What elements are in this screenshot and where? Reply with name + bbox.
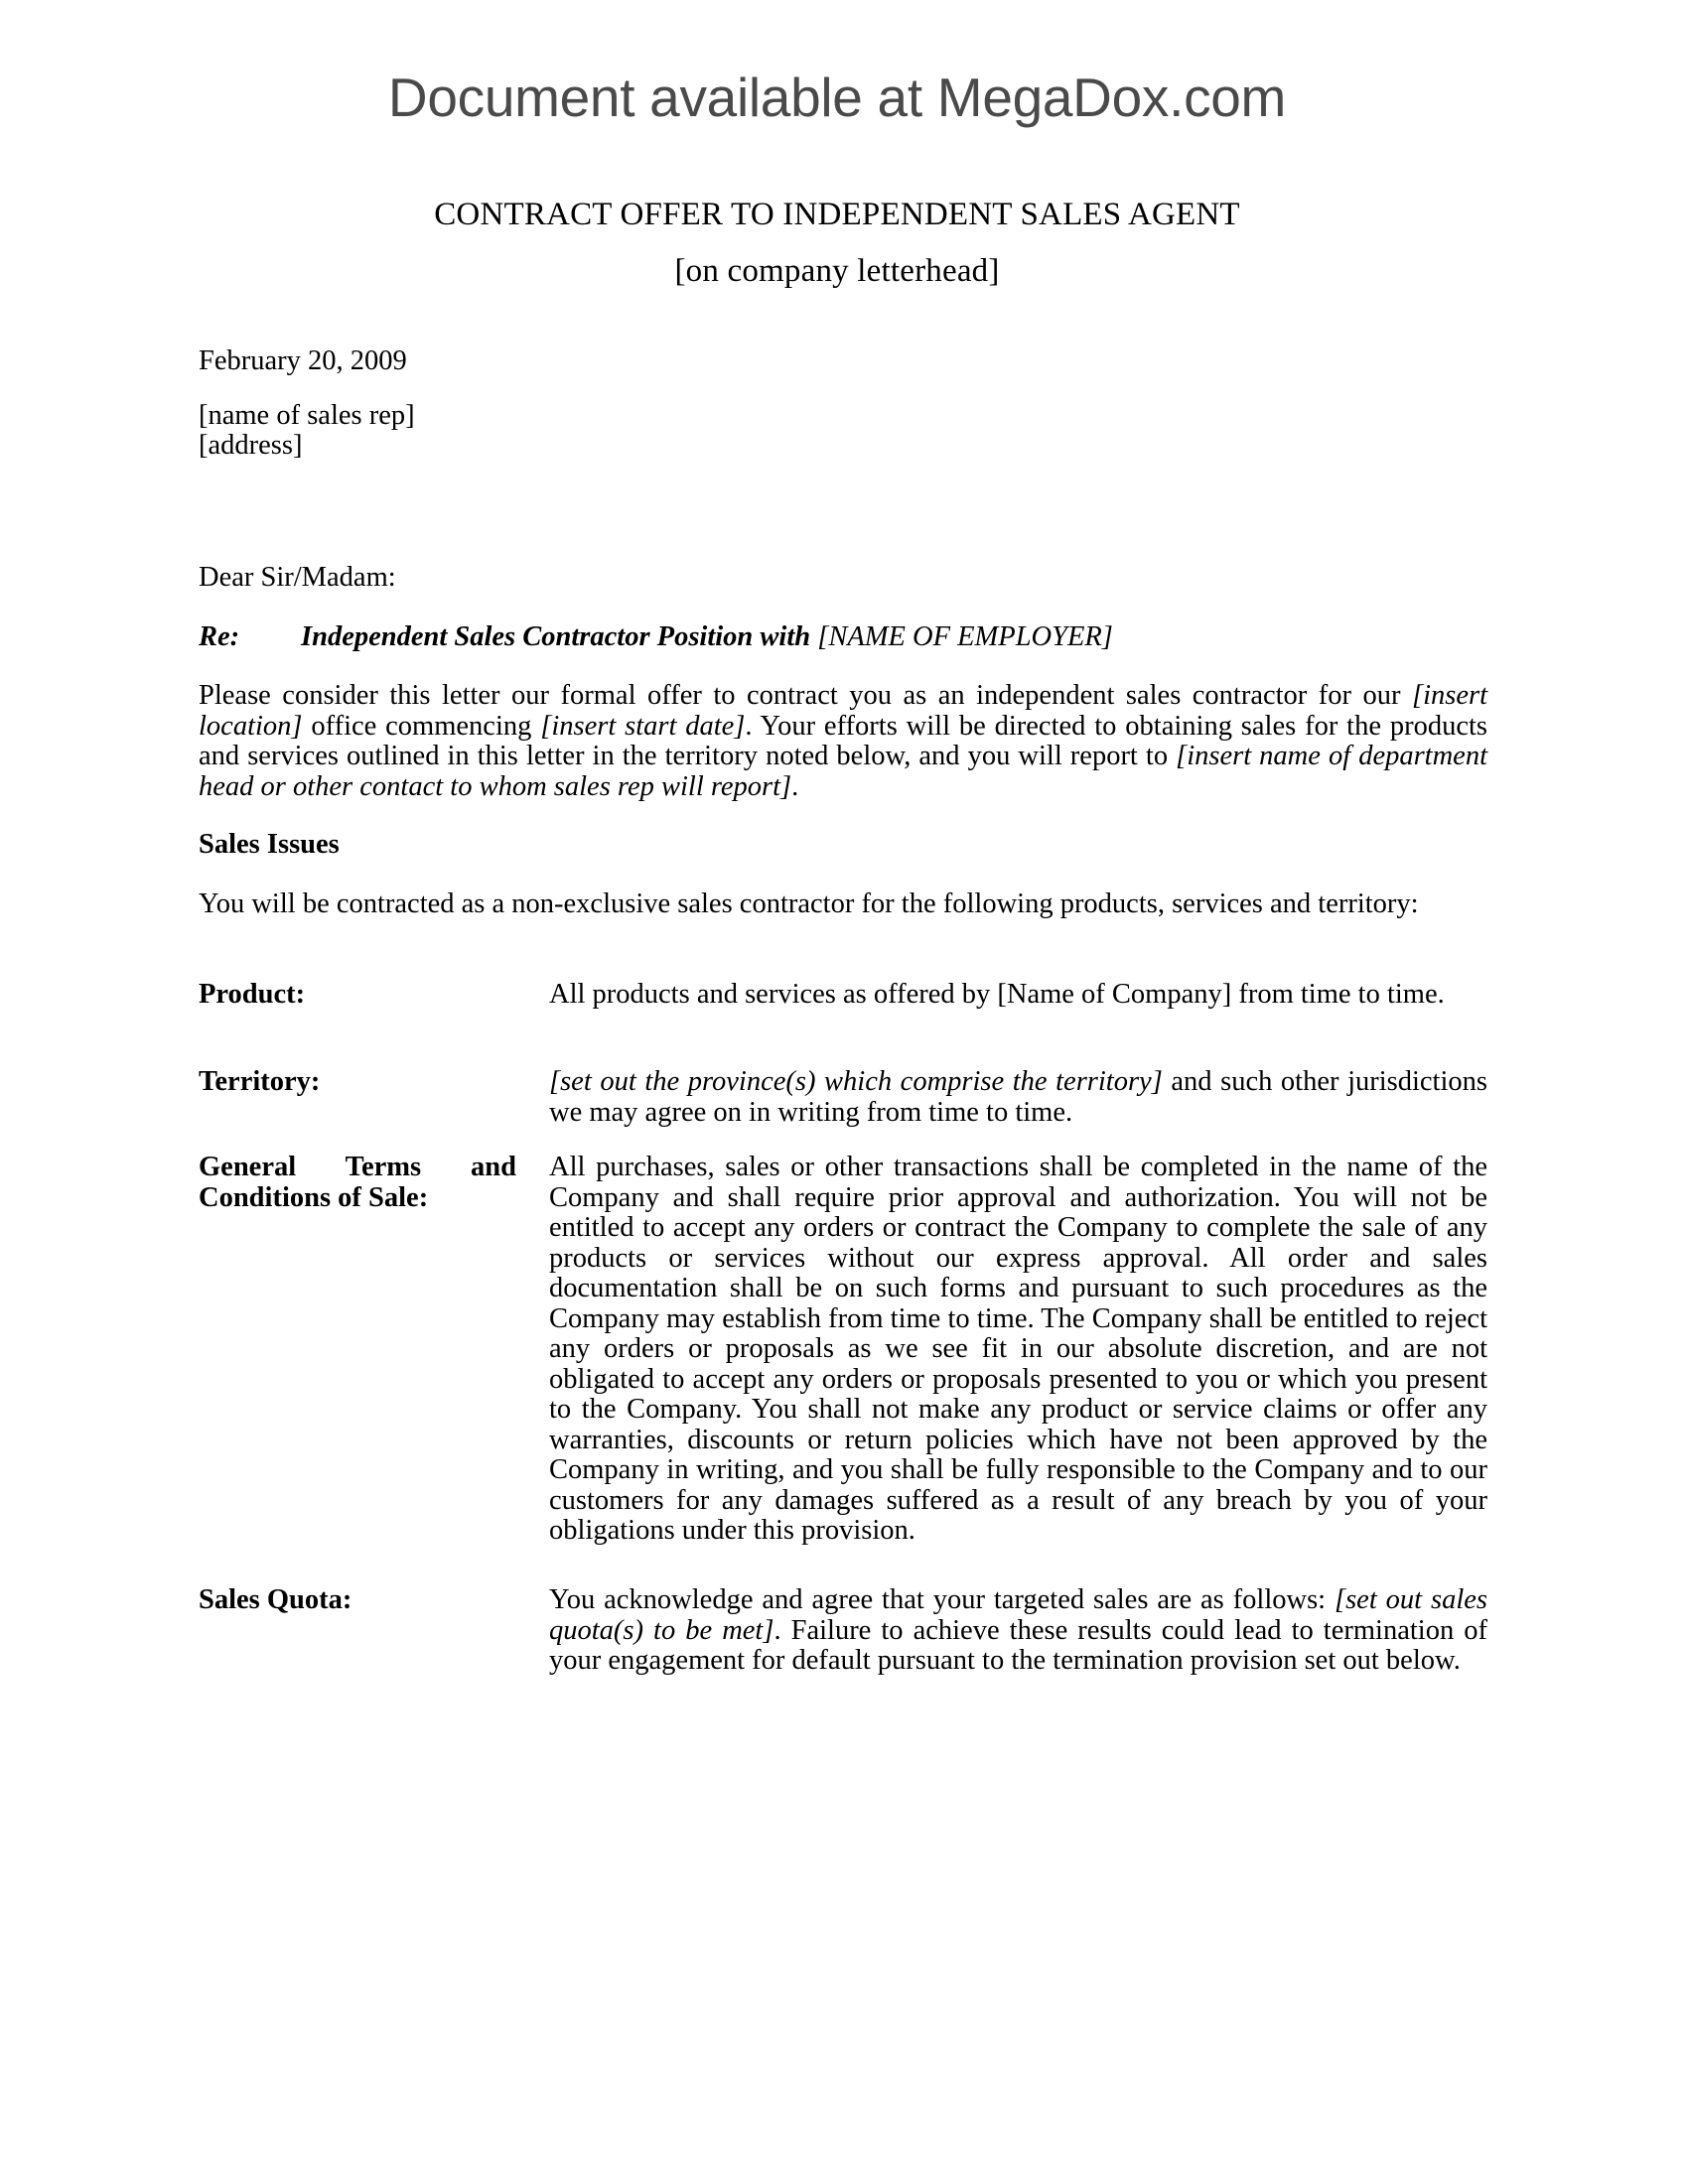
document-title: CONTRACT OFFER TO INDEPENDENT SALES AGEN…	[0, 197, 1674, 232]
sales-quota-text-1: You acknowledge and agree that your targ…	[549, 1584, 1335, 1615]
re-employer-placeholder: [NAME OF EMPLOYER]	[817, 621, 1113, 652]
re-subject: Independent Sales Contractor Position wi…	[301, 622, 1113, 653]
recipient-address: [address]	[199, 431, 302, 462]
intro-text-1: Please consider this letter our formal o…	[199, 680, 1412, 711]
term-text-product: All products and services as offered by …	[549, 980, 1487, 1011]
term-label-sales-quota: Sales Quota:	[199, 1585, 516, 1616]
watermark: Document available at MegaDox.com	[0, 66, 1674, 129]
general-terms-label-line1: General Terms and	[199, 1153, 516, 1183]
re-subject-text: Independent Sales Contractor Position wi…	[301, 621, 810, 652]
intro-text-4: .	[791, 771, 798, 802]
term-label-product: Product:	[199, 980, 516, 1011]
general-terms-label-line2: Conditions of Sale:	[199, 1183, 516, 1214]
letter-date: February 20, 2009	[199, 346, 407, 377]
placeholder-territory: [set out the province(s) which comprise …	[549, 1066, 1163, 1097]
salutation: Dear Sir/Madam:	[199, 563, 396, 594]
term-label-territory: Territory:	[199, 1067, 516, 1098]
term-label-general-terms: General Terms and Conditions of Sale:	[199, 1153, 516, 1213]
recipient-name: [name of sales rep]	[199, 401, 415, 432]
intro-text-2: office commencing	[303, 711, 541, 742]
re-label: Re:	[199, 622, 239, 653]
section-intro: You will be contracted as a non-exclusiv…	[199, 889, 1487, 920]
document-subtitle: [on company letterhead]	[0, 253, 1674, 289]
section-heading-sales-issues: Sales Issues	[199, 830, 340, 861]
intro-paragraph: Please consider this letter our formal o…	[199, 681, 1487, 802]
document-page: Document available at MegaDox.com CONTRA…	[0, 0, 1688, 2184]
term-text-sales-quota: You acknowledge and agree that your targ…	[549, 1585, 1487, 1677]
placeholder-start-date: [insert start date]	[540, 711, 745, 742]
term-text-general-terms: All purchases, sales or other transactio…	[549, 1153, 1487, 1547]
term-text-territory: [set out the province(s) which comprise …	[549, 1067, 1487, 1128]
